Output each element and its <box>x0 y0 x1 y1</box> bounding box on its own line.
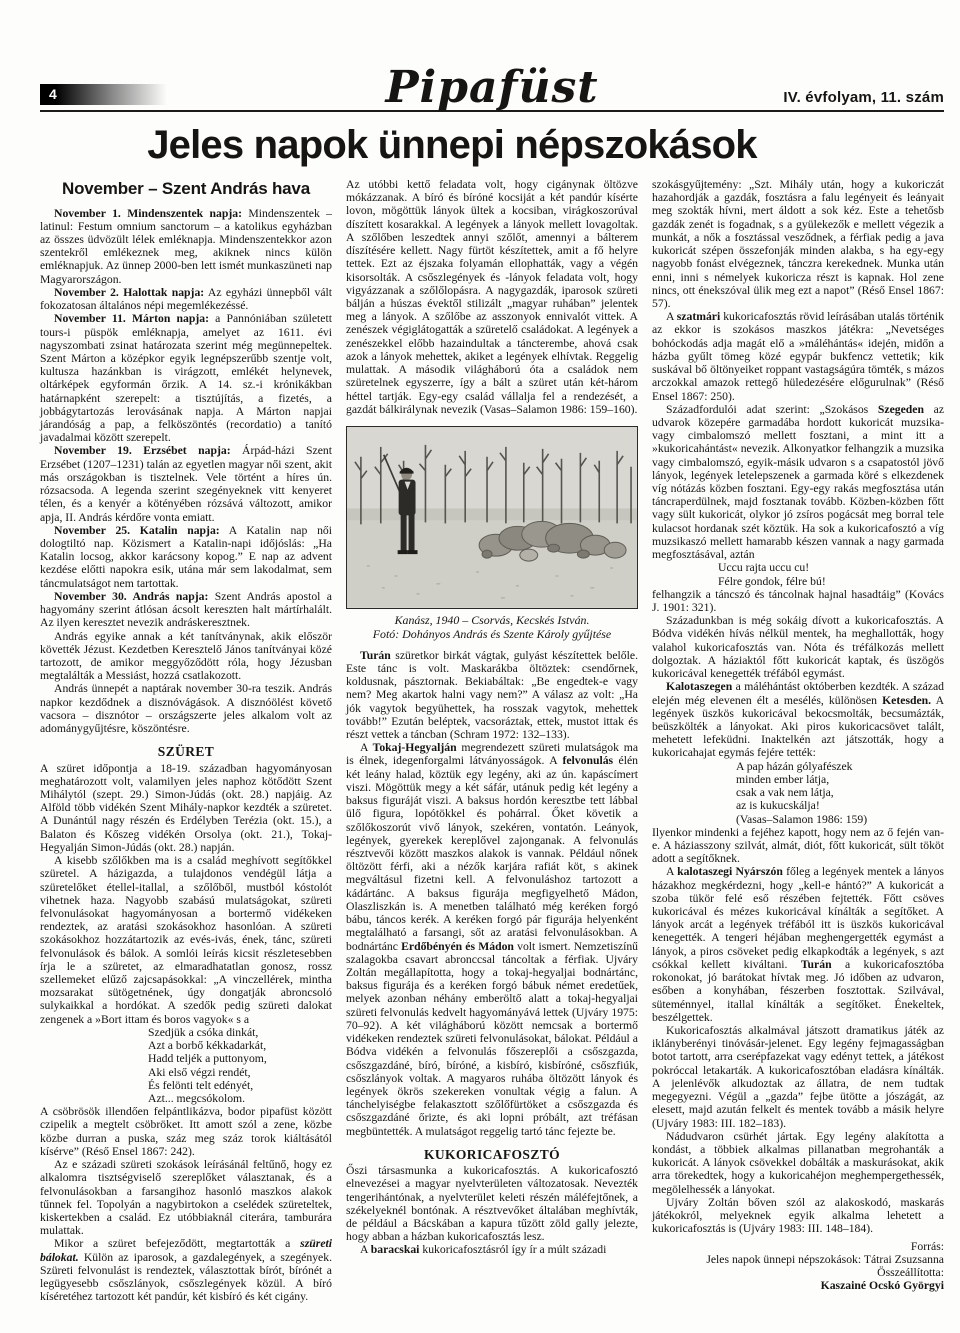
paragraph: A baracskai kukoricafosztásról így ír a … <box>346 1243 638 1256</box>
verse-line: Azt... megcsókolom. <box>148 1092 332 1105</box>
paragraph: A kisebb szőlőkben ma is a család meghív… <box>40 854 332 1026</box>
verse-line: Félre gondok, félre bú! <box>718 575 944 588</box>
paragraph: Turán szüretkor birkát vágtak, gulyást k… <box>346 649 638 742</box>
paragraph: November 19. Erzsébet napja: Árpád-házi … <box>40 444 332 523</box>
paragraph: felhangzik a táncszó és táncolnak hajnal… <box>652 588 944 614</box>
paragraph: Ilyenkor mindenki a fejéhez kapott, hogy… <box>652 826 944 866</box>
verse-line: minden ember látja, <box>736 773 944 786</box>
paragraph: Az e századi szüreti szokások leírásánál… <box>40 1158 332 1237</box>
paragraph: A szüret időpontja a 18-19. században ha… <box>40 762 332 855</box>
verse-line: És felönti telt edényét, <box>148 1079 332 1092</box>
photo-caption: Kanász, 1940 – Csorvás, Kecskés István. … <box>346 613 638 642</box>
paragraph: A Tokaj-Hegyalján megrendezett szüreti m… <box>346 741 638 1138</box>
paragraph: Az utóbbi kettő feladata volt, hogy cigá… <box>346 178 638 416</box>
paragraph: András egyike annak a két tanítványnak, … <box>40 630 332 683</box>
article-title: Jeles napok ünnepi népszokások <box>0 124 932 166</box>
paragraph: Kalotaszegen a máléhántást októberben ke… <box>652 680 944 759</box>
verse: A pap házán gólyafészek minden ember lát… <box>736 760 944 826</box>
verse-line: A pap házán gólyafészek <box>736 760 944 773</box>
verse-line: Uccu rajta uccu cu! <box>718 561 944 574</box>
verse-line: az is kukucskálja! <box>736 799 944 812</box>
issue-label: IV. évfolyam, 11. szám <box>783 89 944 106</box>
verse: Uccu rajta uccu cu! Félre gondok, félre … <box>718 561 944 587</box>
verse-line: Hadd teljék a puttonyom, <box>148 1052 332 1065</box>
source-line: Jeles napok ünnepi népszokások: Tátrai Z… <box>652 1253 944 1266</box>
paragraph: A kalotaszegi Nyárszón főleg a legények … <box>652 865 944 1024</box>
article-columns: November – Szent András hava November 1.… <box>40 178 944 1304</box>
paragraph: November 2. Halottak napja: Az egyházi ü… <box>40 286 332 312</box>
section-heading-kukoricafoszto: KUKORICAFOSZTÓ <box>346 1147 638 1162</box>
paragraph: November 1. Mindenszentek napja: Mindens… <box>40 207 332 286</box>
paragraph: András ünnepét a naptárak november 30-ra… <box>40 682 332 735</box>
column-right: szokásgyűjtemény: „Szt. Mihály után, hog… <box>652 178 944 1304</box>
paragraph: November 30. András napja: Szent András … <box>40 590 332 630</box>
paragraph: A szatmári kukoricafosztás rövid leírásá… <box>652 310 944 403</box>
photo-caption-line2: Fotó: Dohányos András és Szente Károly g… <box>346 627 638 642</box>
verse: Szedjük a csóka dinkát, Azt a borbő kékk… <box>148 1026 332 1105</box>
source-block: Forrás: Jeles napok ünnepi népszokások: … <box>652 1240 944 1293</box>
source-line: Forrás: <box>652 1240 944 1253</box>
paragraph: Századfordulói adat szerint: „Szokásos S… <box>652 403 944 562</box>
kanasz-photo <box>346 426 638 609</box>
paragraph: szokásgyűjtemény: „Szt. Mihály után, hog… <box>652 178 944 310</box>
photo-block: Kanász, 1940 – Csorvás, Kecskés István. … <box>346 426 638 642</box>
paragraph: Kukoricafosztás alkalmával játszott dram… <box>652 1024 944 1130</box>
paragraph: Őszi társasmunka a kukoricafosztás. A ku… <box>346 1164 638 1243</box>
paragraph: Mikor a szüret befejeződött, megtartottá… <box>40 1237 332 1303</box>
verse-line: csak a vak nem látja, <box>736 786 944 799</box>
photo-caption-line1: Kanász, 1940 – Csorvás, Kecskés István. <box>346 613 638 628</box>
paragraph: November 11. Márton napja: a Pannóniában… <box>40 312 332 444</box>
section-heading-szuret: SZÜRET <box>40 744 332 759</box>
verse-line: Aki első végzi rendét, <box>148 1066 332 1079</box>
page-header: 4 Pipafüst IV. évfolyam, 11. szám <box>40 0 944 112</box>
paragraph: Nádudvaron csürhét jártak. Egy legény al… <box>652 1130 944 1196</box>
paragraph: Századunkban is még sokáig dívott a kuko… <box>652 614 944 680</box>
verse-line: Szedjük a csóka dinkát, <box>148 1026 332 1039</box>
paragraph: November 25. Katalin napja: A Katalin na… <box>40 524 332 590</box>
paragraph: Ujváry Zoltán bőven szól az alakoskodó, … <box>652 1196 944 1236</box>
column-middle: Az utóbbi kettő feladata volt, hogy cigá… <box>346 178 638 1304</box>
verse-line: (Vasas–Salamon 1986: 159) <box>736 813 944 826</box>
paragraph: A csöbrösök illendően felpántlikázva, bo… <box>40 1105 332 1158</box>
verse-line: Azt a borbő kékkadarkát, <box>148 1039 332 1052</box>
column-heading: November – Szent András hava <box>40 179 332 199</box>
column-left: November – Szent András hava November 1.… <box>40 178 332 1304</box>
newspaper-page: 4 Pipafüst IV. évfolyam, 11. szám Jeles … <box>0 0 960 1333</box>
source-author: Kaszainé Ocskó Györgyi <box>652 1279 944 1292</box>
source-line: Összeállította: <box>652 1266 944 1279</box>
